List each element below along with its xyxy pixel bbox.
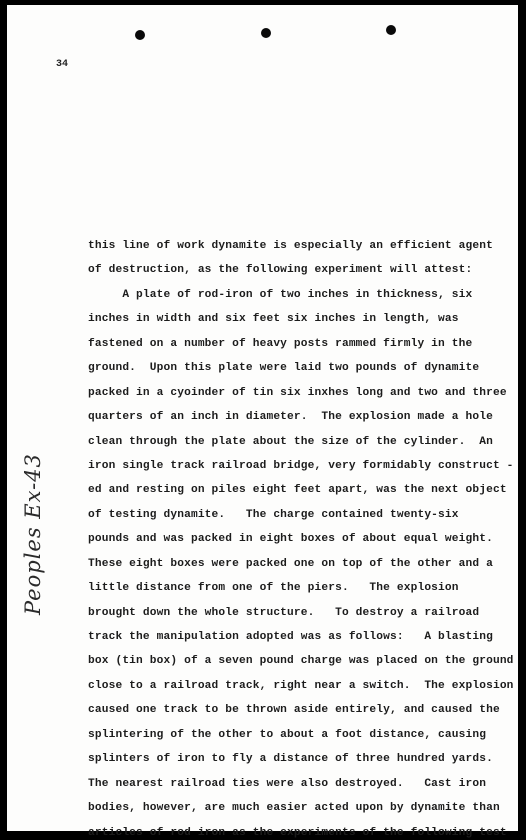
- text-line: quarters of an inch in diameter. The exp…: [88, 405, 518, 429]
- text-line: splinters of iron to fly a distance of t…: [88, 747, 518, 771]
- text-line: track the manipulation adopted was as fo…: [88, 625, 518, 649]
- text-line: A plate of rod-iron of two inches in thi…: [88, 283, 518, 307]
- text-line: articles of rod iron as the experiments …: [88, 821, 518, 840]
- text-line: of destruction, as the following experim…: [88, 258, 518, 282]
- text-line: packed in a cyoinder of tin six inxhes l…: [88, 381, 518, 405]
- document-page: 34 Peoples Ex-43 this line of work dynam…: [7, 5, 518, 831]
- text-line: close to a railroad track, right near a …: [88, 674, 518, 698]
- text-line: These eight boxes were packed one on top…: [88, 552, 518, 576]
- punch-hole-left: [135, 30, 145, 40]
- text-line: iron single track railroad bridge, very …: [88, 454, 518, 478]
- typed-body-text: this line of work dynamite is especially…: [88, 234, 518, 840]
- text-line: splintering of the other to about a foot…: [88, 723, 518, 747]
- text-line: pounds and was packed in eight boxes of …: [88, 527, 518, 551]
- text-line: ed and resting on piles eight feet apart…: [88, 478, 518, 502]
- text-line: clean through the plate about the size o…: [88, 430, 518, 454]
- text-line: inches in width and six feet six inches …: [88, 307, 518, 331]
- page-number: 34: [56, 59, 68, 70]
- text-line: ground. Upon this plate were laid two po…: [88, 356, 518, 380]
- text-line: caused one track to be thrown aside enti…: [88, 698, 518, 722]
- text-line: of testing dynamite. The charge containe…: [88, 503, 518, 527]
- text-line: little distance from one of the piers. T…: [88, 576, 518, 600]
- punch-hole-center: [261, 28, 271, 38]
- text-line: brought down the whole structure. To des…: [88, 601, 518, 625]
- text-line: fastened on a number of heavy posts ramm…: [88, 332, 518, 356]
- handwritten-exhibit-annotation: Peoples Ex-43: [21, 453, 45, 615]
- text-line: The nearest railroad ties were also dest…: [88, 772, 518, 796]
- text-line: bodies, however, are much easier acted u…: [88, 796, 518, 820]
- text-line: box (tin box) of a seven pound charge wa…: [88, 649, 518, 673]
- punch-hole-right: [386, 25, 396, 35]
- text-line: this line of work dynamite is especially…: [88, 234, 518, 258]
